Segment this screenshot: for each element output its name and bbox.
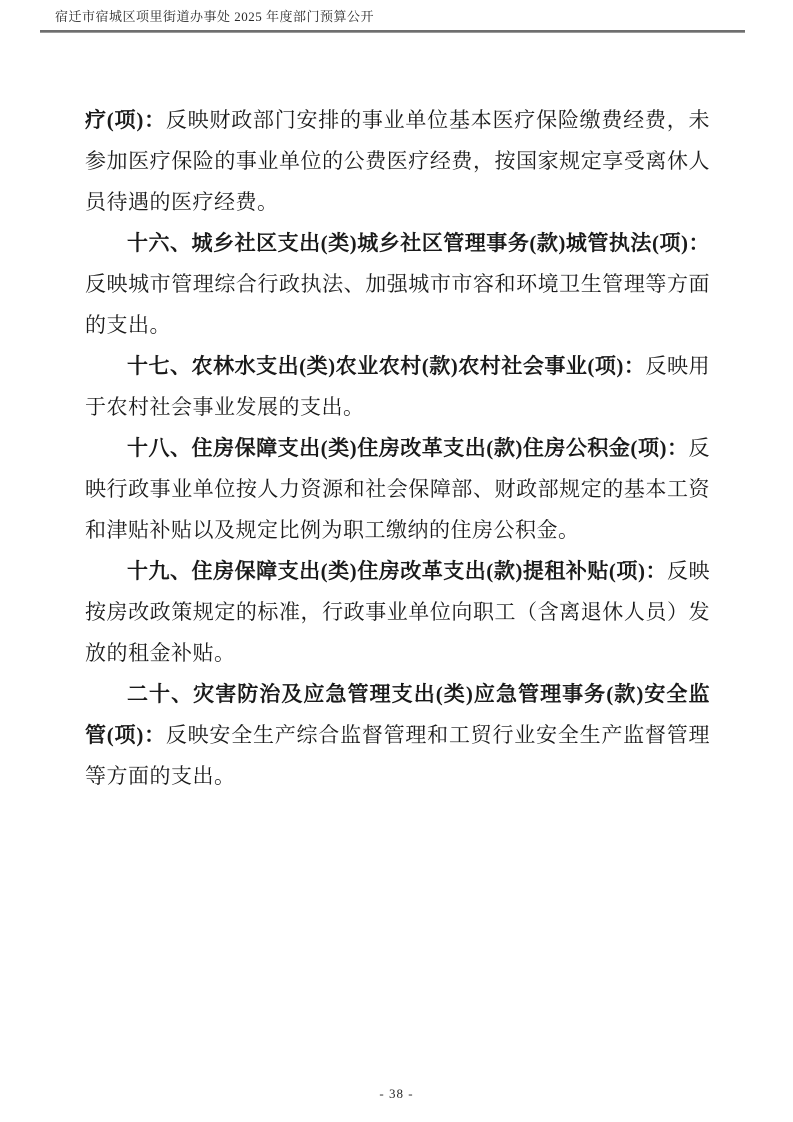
paragraph: 十六、城乡社区支出(类)城乡社区管理事务(款)城管执法(项)：反映城市管理综合行… [85, 223, 710, 346]
paragraph-text: 反映城市管理综合行政执法、加强城市市容和环境卫生管理等方面的支出。 [85, 272, 710, 337]
paragraph-heading: 十八、住房保障支出(类)住房改革支出(款)住房公积金(项)： [127, 436, 689, 460]
paragraph: 二十、灾害防治及应急管理支出(类)应急管理事务(款)安全监管(项)：反映安全生产… [85, 674, 710, 797]
paragraph-heading: 疗(项)： [85, 108, 166, 132]
page-number: - 38 - [379, 1086, 413, 1101]
paragraph-heading: 十九、住房保障支出(类)住房改革支出(款)提租补贴(项)： [127, 559, 667, 583]
document-page: 宿迁市宿城区项里街道办事处 2025 年度部门预算公开 疗(项)：反映财政部门安… [0, 0, 793, 1122]
page-header: 宿迁市宿城区项里街道办事处 2025 年度部门预算公开 [40, 8, 745, 33]
paragraph-text: 反映安全生产综合监督管理和工贸行业安全生产监督管理等方面的支出。 [85, 723, 710, 788]
paragraph-heading: 十六、城乡社区支出(类)城乡社区管理事务(款)城管执法(项)： [127, 231, 710, 255]
page-footer: - 38 - [0, 1086, 793, 1102]
paragraph: 十九、住房保障支出(类)住房改革支出(款)提租补贴(项)：反映按房改政策规定的标… [85, 551, 710, 674]
paragraph-text: 反映财政部门安排的事业单位基本医疗保险缴费经费，未参加医疗保险的事业单位的公费医… [85, 108, 710, 214]
header-rule [40, 30, 745, 33]
header-title: 宿迁市宿城区项里街道办事处 2025 年度部门预算公开 [40, 8, 745, 26]
document-body: 疗(项)：反映财政部门安排的事业单位基本医疗保险缴费经费，未参加医疗保险的事业单… [85, 100, 710, 797]
paragraph: 十八、住房保障支出(类)住房改革支出(款)住房公积金(项)：反映行政事业单位按人… [85, 428, 710, 551]
paragraph: 疗(项)：反映财政部门安排的事业单位基本医疗保险缴费经费，未参加医疗保险的事业单… [85, 100, 710, 223]
paragraph-heading: 十七、农林水支出(类)农业农村(款)农村社会事业(项)： [127, 354, 645, 378]
paragraph: 十七、农林水支出(类)农业农村(款)农村社会事业(项)：反映用于农村社会事业发展… [85, 346, 710, 428]
